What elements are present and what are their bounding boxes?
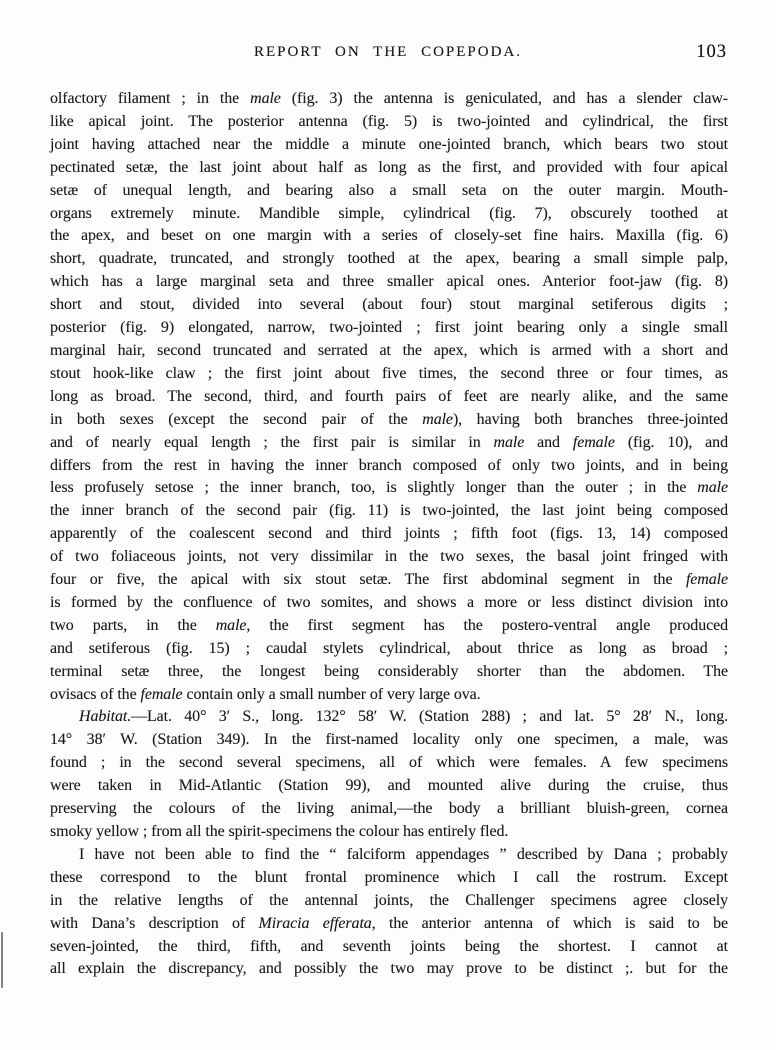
text-line: long as broad. The second, third, and fo…: [50, 386, 728, 409]
scan-edge-artifact: [1, 932, 3, 988]
text-line: Habitat.—Lat. 40° 3′ S., long. 132° 58′ …: [50, 706, 728, 729]
text-line: two parts, in the male, the first segmen…: [50, 615, 728, 638]
page-header: REPORT ON THE COPEPODA. 103: [0, 44, 776, 68]
text-line: seven-jointed, the third, fifth, and sev…: [50, 936, 728, 959]
text-line: the apex, and beset on one margin with a…: [50, 225, 728, 248]
text-line: olfactory filament ; in the male (fig. 3…: [50, 88, 728, 111]
text-line: posterior (fig. 9) elongated, narrow, tw…: [50, 317, 728, 340]
text-line: were taken in Mid-Atlantic (Station 99),…: [50, 775, 728, 798]
text-line: joint having attached near the middle a …: [50, 134, 728, 157]
text-line: setæ of unequal length, and bearing also…: [50, 180, 728, 203]
text-line: in the relative lengths of the antennal …: [50, 890, 728, 913]
text-line: these correspond to the blunt frontal pr…: [50, 867, 728, 890]
text-line: of two foliaceous joints, not very dissi…: [50, 546, 728, 569]
text-line: found ; in the second several specimens,…: [50, 752, 728, 775]
text-line: and of nearly equal length ; the first p…: [50, 432, 728, 455]
text-line: marginal hair, second truncated and serr…: [50, 340, 728, 363]
text-line: four or five, the apical with six stout …: [50, 569, 728, 592]
text-line: short, quadrate, truncated, and strongly…: [50, 248, 728, 271]
running-title: REPORT ON THE COPEPODA.: [0, 44, 776, 61]
text-line: less profusely setose ; the inner branch…: [50, 477, 728, 500]
page-number: 103: [696, 42, 727, 63]
text-line: terminal setæ three, the longest being c…: [50, 661, 728, 684]
scanned-page: REPORT ON THE COPEPODA. 103 olfactory fi…: [0, 0, 776, 1050]
text-line: stout hook-like claw ; the first joint a…: [50, 363, 728, 386]
text-line: with Dana’s description of Miracia effer…: [50, 913, 728, 936]
text-line: all explain the discrepancy, and possibl…: [50, 958, 728, 981]
text-line: 14° 38′ W. (Station 349). In the first-n…: [50, 729, 728, 752]
text-line: preserving the colours of the living ani…: [50, 798, 728, 821]
body-text: olfactory filament ; in the male (fig. 3…: [50, 88, 728, 981]
text-line: I have not been able to find the “ falci…: [50, 844, 728, 867]
text-line: short and stout, divided into several (a…: [50, 294, 728, 317]
text-line: pectinated setæ, the last joint about ha…: [50, 157, 728, 180]
text-line: organs extremely minute. Mandible simple…: [50, 203, 728, 226]
text-line: like apical joint. The posterior antenna…: [50, 111, 728, 134]
text-line: and setiferous (fig. 15) ; caudal stylet…: [50, 638, 728, 661]
text-line: apparently of the coalescent second and …: [50, 523, 728, 546]
text-line: ovisacs of the female contain only a sma…: [50, 684, 728, 707]
text-line: is formed by the confluence of two somit…: [50, 592, 728, 615]
text-line: which has a large marginal seta and thre…: [50, 271, 728, 294]
text-line: the inner branch of the second pair (fig…: [50, 500, 728, 523]
text-line: in both sexes (except the second pair of…: [50, 409, 728, 432]
text-line: smoky yellow ; from all the spirit-speci…: [50, 821, 728, 844]
text-line: differs from the rest in having the inne…: [50, 455, 728, 478]
